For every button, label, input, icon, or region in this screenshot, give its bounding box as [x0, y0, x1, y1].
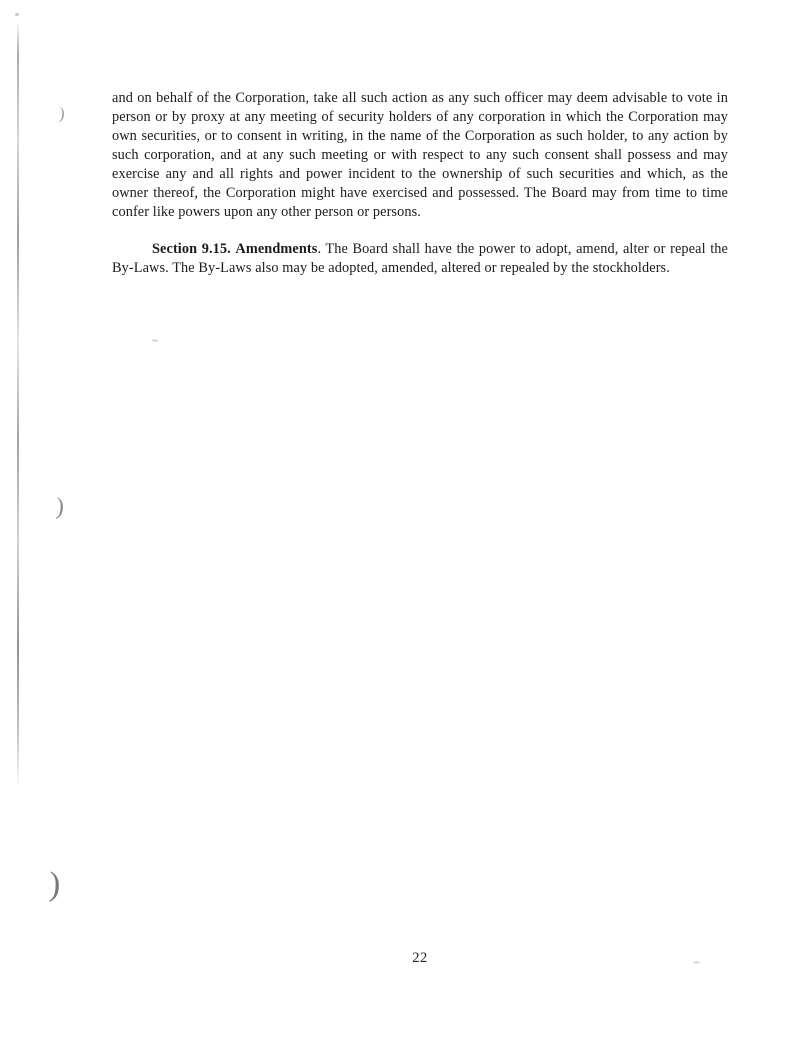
scan-speck	[15, 13, 19, 16]
body-text-block: and on behalf of the Corporation, take a…	[112, 89, 728, 278]
scan-artifact-vertical-line	[17, 24, 19, 784]
section-number: Section 9.15.	[152, 241, 231, 257]
scan-speck	[152, 339, 158, 342]
margin-pen-mark-3: )	[48, 866, 61, 905]
page-number: 22	[112, 950, 728, 967]
margin-pen-mark-2: )	[55, 494, 65, 521]
section-9-15-paragraph: Section 9.15. Amendments. The Board shal…	[112, 240, 728, 278]
document-page: ) ) ) and on behalf of the Corporation, …	[0, 0, 811, 1049]
section-title: Amendments	[235, 241, 317, 257]
paragraph-continuation: and on behalf of the Corporation, take a…	[112, 89, 728, 222]
margin-pen-mark-1: )	[58, 104, 66, 124]
